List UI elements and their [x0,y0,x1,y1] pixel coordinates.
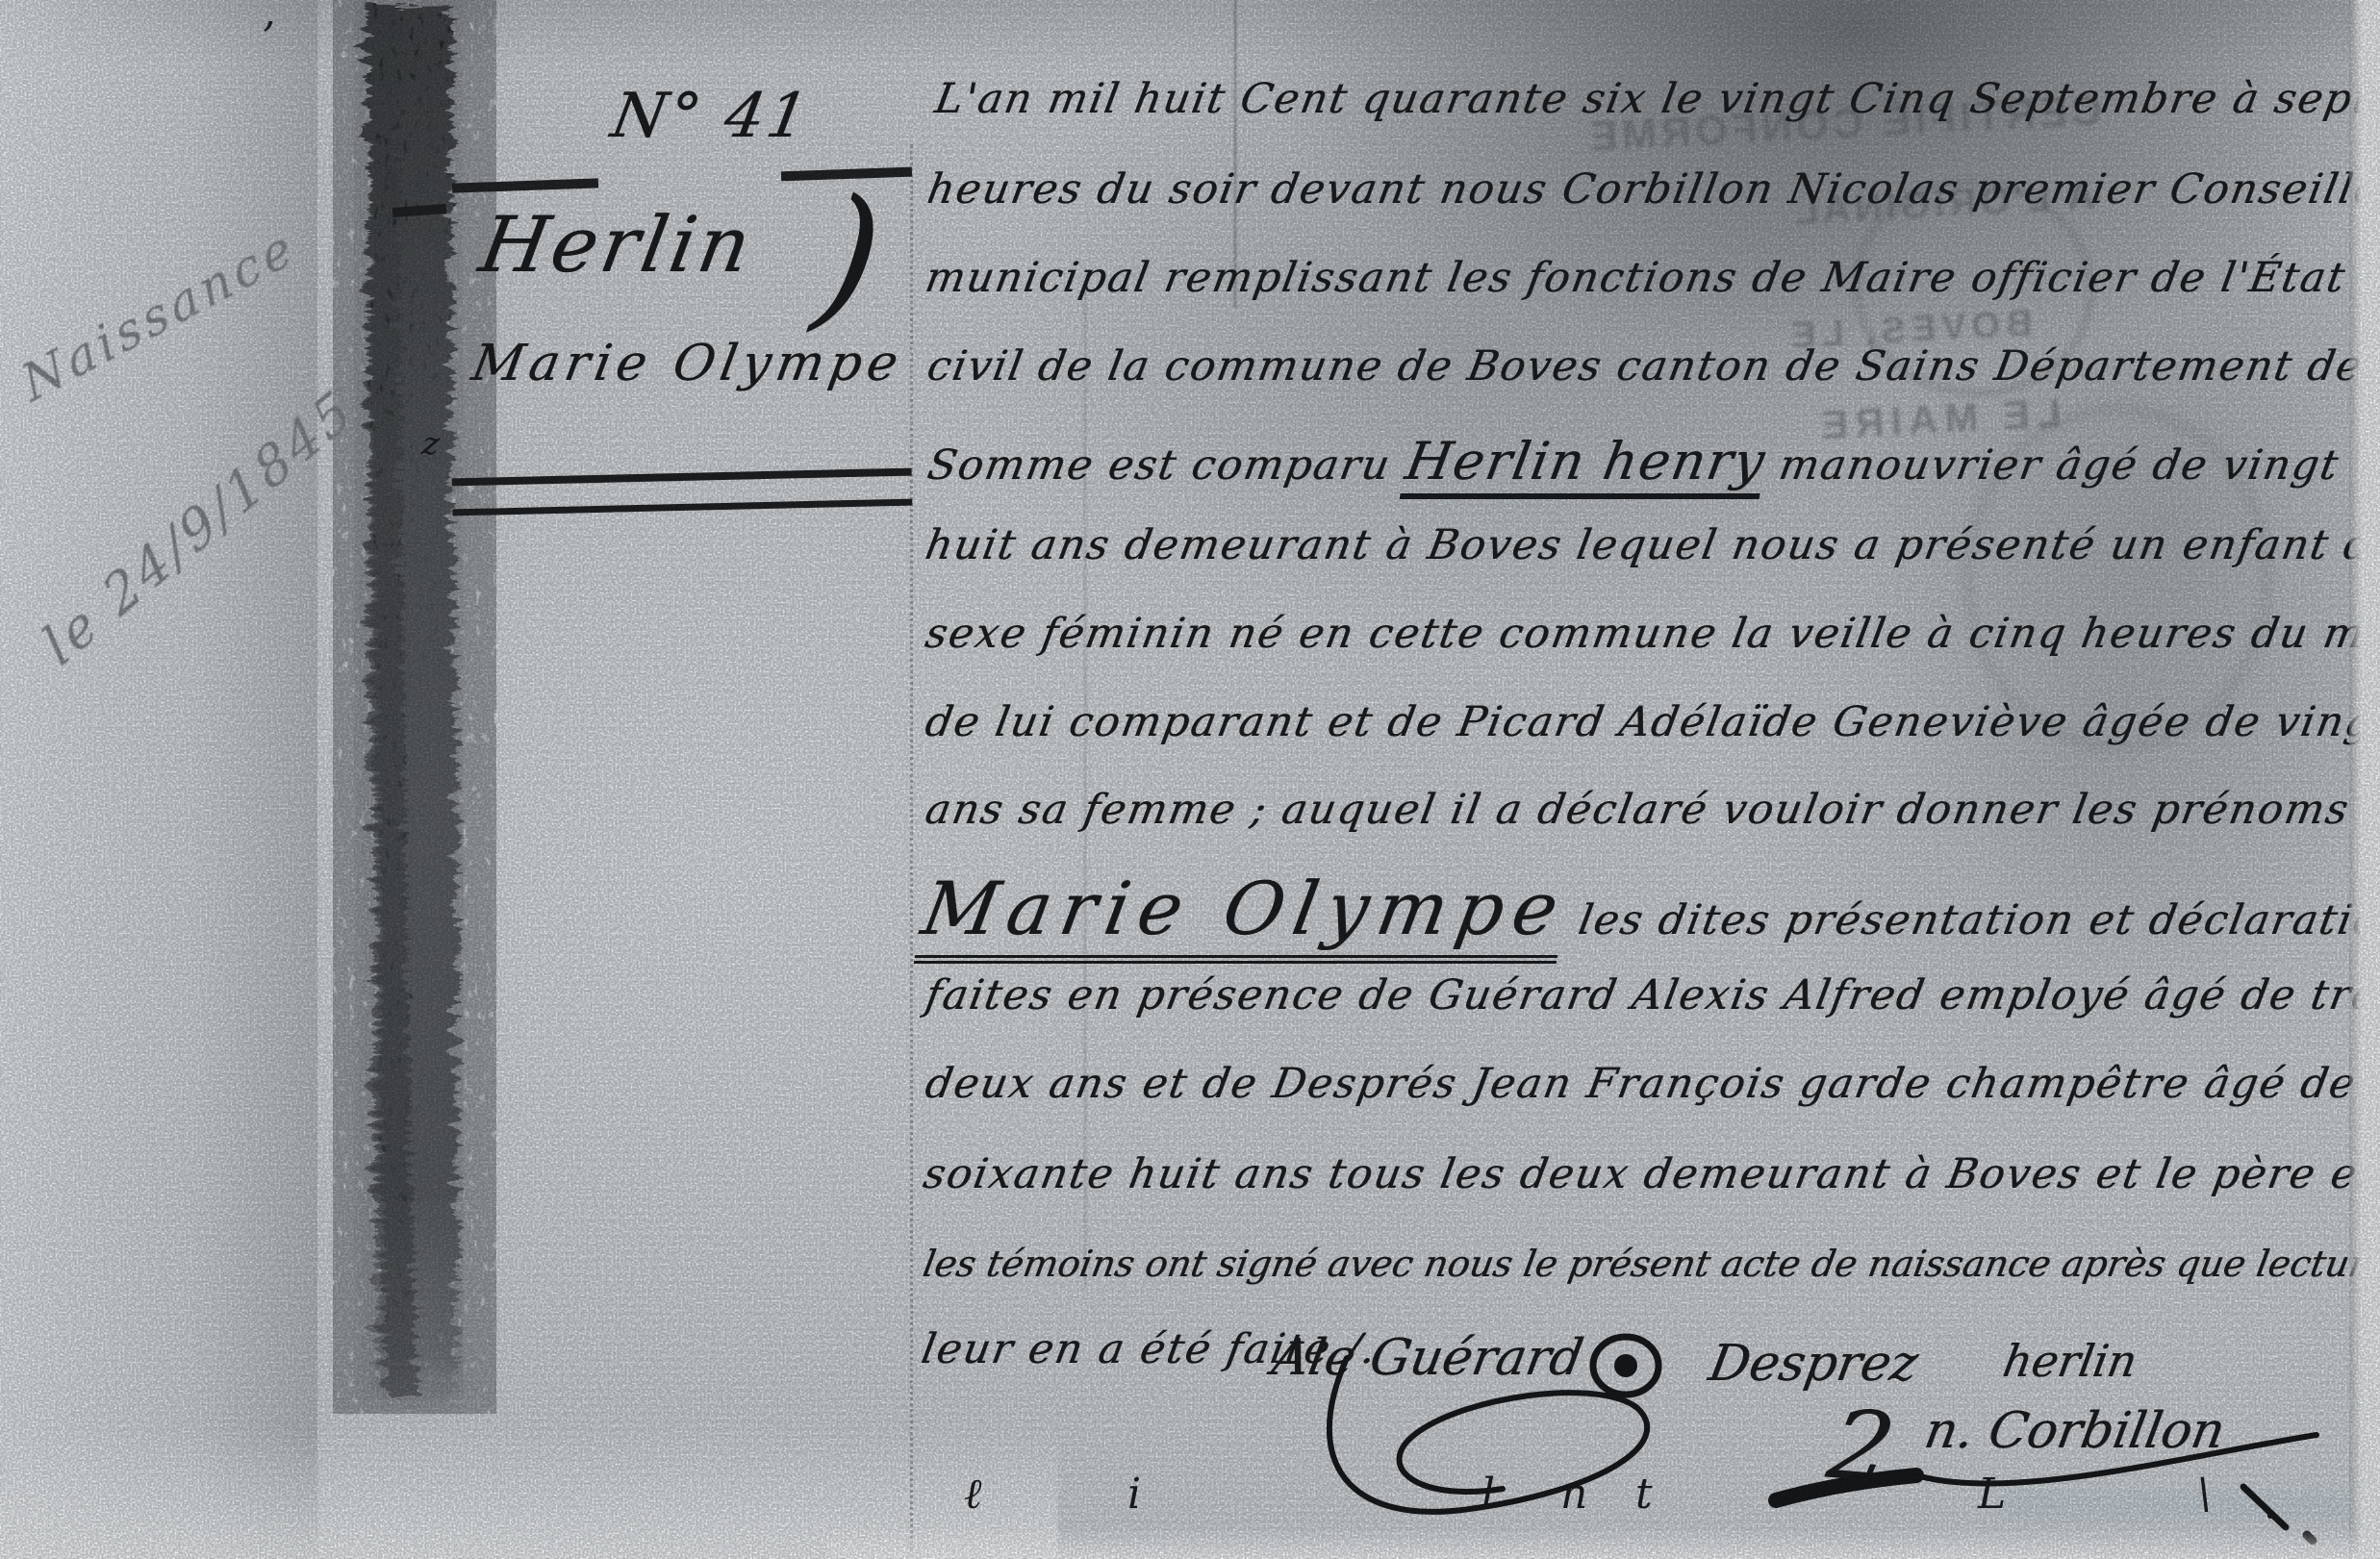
cut-off-stroke: L [1978,1470,2006,1519]
act-line-12: deux ans et de Després Jean François gar… [922,1060,2360,1108]
margin-surname: Herlin [473,200,760,289]
page-bottom-edge [827,1527,2380,1559]
margin-ruling-line [910,144,913,1558]
act-line-14: les témoins ont signé avec nous le prése… [920,1243,2380,1285]
act-line-4: civil de la commune de Boves canton de S… [924,342,2380,390]
page-right-edge [2349,0,2380,1559]
act-line-5-post: manouvrier âgé de vingt [1760,441,2343,490]
act-number: N° 41 [606,81,816,152]
cut-off-stroke: . [2263,1470,2279,1530]
father-name-underlined: Herlin henry [1400,431,1771,499]
act-line-3: municipal remplissant les fonctions de M… [922,254,2350,302]
signature-herlin: herlin [1999,1335,2140,1387]
cut-off-line: ℓ i l n t L \ . [0,1466,2380,1535]
act-line-11: faites en présence de Guérard Alexis Alf… [922,971,2380,1019]
act-line-9: ans sa femme ; auquel il a déclaré voulo… [922,786,2380,834]
cut-off-stroke: ℓ [964,1470,981,1519]
scanned-birth-record: CERTIFIÉ CONFORME A L'ORIGINAL BOVES, LE… [0,0,2380,1559]
signature-corbillon: n. Corbillon [1920,1402,2229,1460]
cut-off-stroke: i [1127,1470,1141,1519]
stray-ink-mark: ’ [262,13,275,63]
signature-desprez: Desprez [1705,1335,1922,1393]
act-line-8: de lui comparant et de Picard Adélaïde G… [922,698,2380,746]
act-line-7: sexe féminin né en cette commune la veil… [922,610,2380,658]
signature-guerard: Ale Guérard [1268,1329,1587,1387]
act-line-5: Somme est comparu Herlin henry manouvrie… [924,431,2345,491]
cut-off-stroke: l [1481,1470,1495,1519]
cut-off-stroke: t [1635,1470,1653,1519]
act-line-10: Marie Olympe les dites présentation et d… [916,866,2380,951]
margin-given-names: Marie Olympe [468,335,908,392]
act-line-10-rest: les dites présentation et déclaration [1559,896,2380,944]
act-line-6: huit ans demeurant à Boves lequel nous a… [922,521,2380,569]
act-line-13: soixante huit ans tous les deux demeuran… [920,1150,2380,1198]
child-name-underlined: Marie Olympe [914,866,1574,964]
cut-off-stroke: n [1560,1470,1587,1519]
act-line-5-pre: Somme est comparu [924,441,1409,490]
cut-off-stroke: \ [2197,1470,2212,1519]
act-line-1: L'an mil huit Cent quarante six le vingt… [931,75,2375,123]
act-line-2: heures du soir devant nous Corbillon Nic… [924,165,2380,214]
